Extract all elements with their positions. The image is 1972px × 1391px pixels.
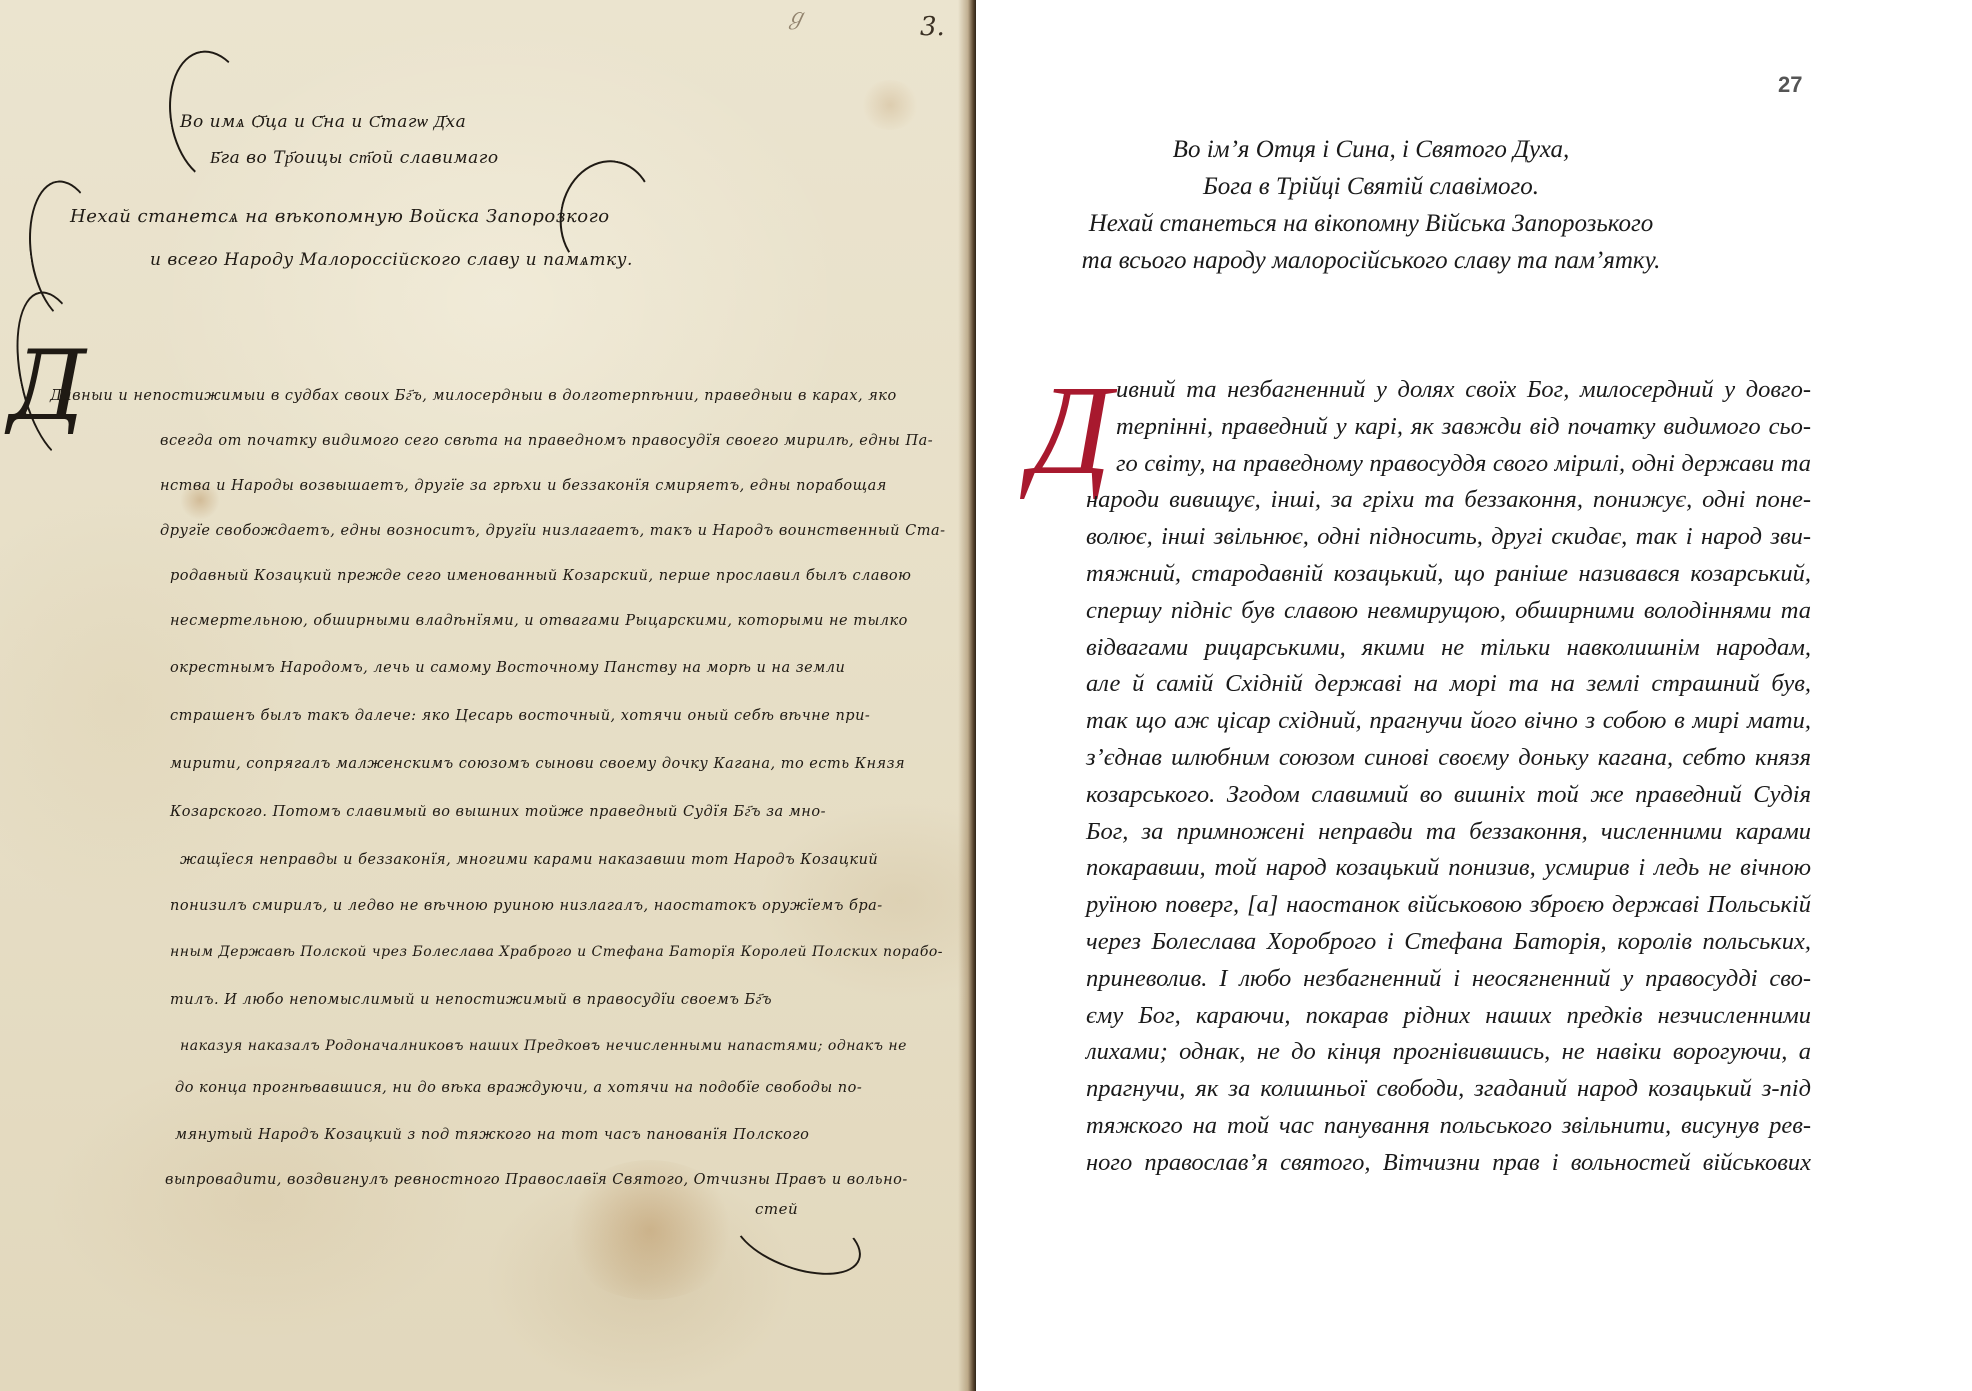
manuscript-heading-line: Нехай станетсѧ на вѣкопомную Войска Запо… (70, 206, 610, 227)
body-line: ного православ’я святого, Вітчизни прав … (1086, 1145, 1811, 1182)
invocation-heading: Во ім’я Отця і Сина, і Святого Духа, Бог… (1076, 131, 1666, 279)
manuscript-line: другїе свобождаетъ, едны возноситъ, друг… (160, 523, 946, 539)
paper-stain (860, 80, 920, 130)
manuscript-line: наказуя наказалъ Родоначалниковъ наших П… (180, 1038, 907, 1054)
manuscript-facsimile-page: ℊ 3. Во имѧ Ѻ҃ца и С҃на и С҃тагѡ Д҃ха Б҃… (0, 0, 976, 1391)
body-line: тяжкого на той час панування польського … (1086, 1108, 1811, 1145)
body-line: єму Бог, караючи, покарав рідних наших п… (1086, 998, 1811, 1035)
margin-mark: ℊ (785, 0, 807, 31)
manuscript-line: Дивныи и непостижимыи в судбах своих Бг҃… (50, 388, 897, 405)
manuscript-line: нным Державѣ Полской чрез Болеслава Храб… (170, 944, 943, 960)
body-line: через Болеслава Хороброго і Стефана Бато… (1086, 924, 1811, 961)
manuscript-heading-line: Во имѧ Ѻ҃ца и С҃на и С҃тагѡ Д҃ха (180, 112, 466, 132)
heading-line: Бога в Трійці Святій славімого. (1076, 168, 1666, 205)
manuscript-line: несмертельною, обширными владѣнїями, и о… (170, 613, 908, 629)
manuscript-line: тилъ. И любо непомыслимый и непостижимый… (170, 992, 772, 1009)
body-line: лихами; однак, не до кінця прогнівившись… (1086, 1034, 1811, 1071)
book-spread: ℊ 3. Во имѧ Ѻ҃ца и С҃на и С҃тагѡ Д҃ха Б҃… (0, 0, 1972, 1391)
manuscript-line: понизилъ смирилъ, и ледво не вѣчною руин… (170, 898, 883, 914)
manuscript-line: до конца прогнѣвавшися, ни до вѣка вражд… (175, 1080, 862, 1096)
manuscript-line: нства и Народы возвышаетъ, другїе за грѣ… (160, 478, 887, 494)
drop-cap: Д (1030, 374, 1086, 486)
body-line: покаравши, той народ козацький понизив, … (1086, 850, 1811, 887)
manuscript-heading-line: Б҃га во Тр҃оицы ст҃ой славимаго (210, 148, 499, 168)
body-line: волює, інші звільнює, одні підносить, др… (1086, 519, 1811, 556)
manuscript-line: страшенъ былъ такъ далече: яко Цесарь во… (170, 708, 870, 724)
body-line: але й самій Східній державі на морі та н… (1086, 666, 1811, 703)
manuscript-initial: Д (8, 338, 86, 434)
body-line: тяжний, стародавній козацький, що раніше… (1086, 556, 1811, 593)
body-line: народи вивищує, інші, за гріхи та беззак… (1086, 482, 1811, 519)
body-line: терпінні, праведний у карі, як завжди ві… (1086, 409, 1811, 446)
manuscript-line: родавный Козацкий прежде сего именованны… (170, 568, 911, 584)
manuscript-line: всегда от початку видимого сего свѣта на… (160, 433, 933, 449)
heading-line: Во ім’я Отця і Сина, і Святого Духа, (1076, 131, 1666, 168)
body-line: так що аж цісар східний, прагнучи його в… (1086, 703, 1811, 740)
manuscript-line: окрестнымъ Народомъ, лечь и самому Восто… (170, 660, 845, 676)
translation-body: ивний та незбагненний у долях своїх Бог,… (1086, 372, 1811, 1182)
manuscript-line: выпровадити, воздвигнулъ ревностного Пра… (165, 1172, 908, 1188)
manuscript-line: жащїеся неправды и беззаконїя, многими к… (180, 852, 878, 868)
page-number: 27 (1778, 72, 1802, 98)
body-line: з’єднав шлюбним союзом синові своєму дон… (1086, 740, 1811, 777)
body-line: козарського. Згодом славимий во вишніх т… (1086, 777, 1811, 814)
heading-line: Нехай станеться на вікопомну Війська Зап… (1076, 205, 1666, 242)
manuscript-line: мянутый Народъ Козацкий з под тяжкого на… (175, 1127, 809, 1143)
folio-number: 3. (920, 12, 945, 42)
body-line: спершу підніс був славою невмирущою, обш… (1086, 593, 1811, 630)
translation-page: 27 Во ім’я Отця і Сина, і Святого Духа, … (976, 0, 1972, 1391)
body-line: відвагами рицарськими, якими не тільки н… (1086, 630, 1811, 667)
body-line: го світу, на праведному правосуддя свого… (1086, 446, 1811, 483)
body-line: ивний та незбагненний у долях своїх Бог,… (1086, 372, 1811, 409)
body-line: прагнучи, як за колишньої свободи, згада… (1086, 1071, 1811, 1108)
manuscript-heading-line: и всего Народу Малороссійского славу и п… (150, 250, 633, 270)
body-line: руїною поверг, [а] наостанок військовою … (1086, 887, 1811, 924)
body-line: Бог, за примножені неправди та беззаконн… (1086, 814, 1811, 851)
manuscript-line: Козарского. Потомъ славимый во вышних то… (170, 804, 826, 821)
page-spine-edge (958, 0, 976, 1391)
manuscript-line: мирити, сопрягалъ малженскимъ союзомъ сы… (170, 756, 905, 772)
heading-line: та всього народу малоросійського славу т… (1076, 242, 1666, 279)
body-line: приневолив. І любо незбагненний і неосяг… (1086, 961, 1811, 998)
